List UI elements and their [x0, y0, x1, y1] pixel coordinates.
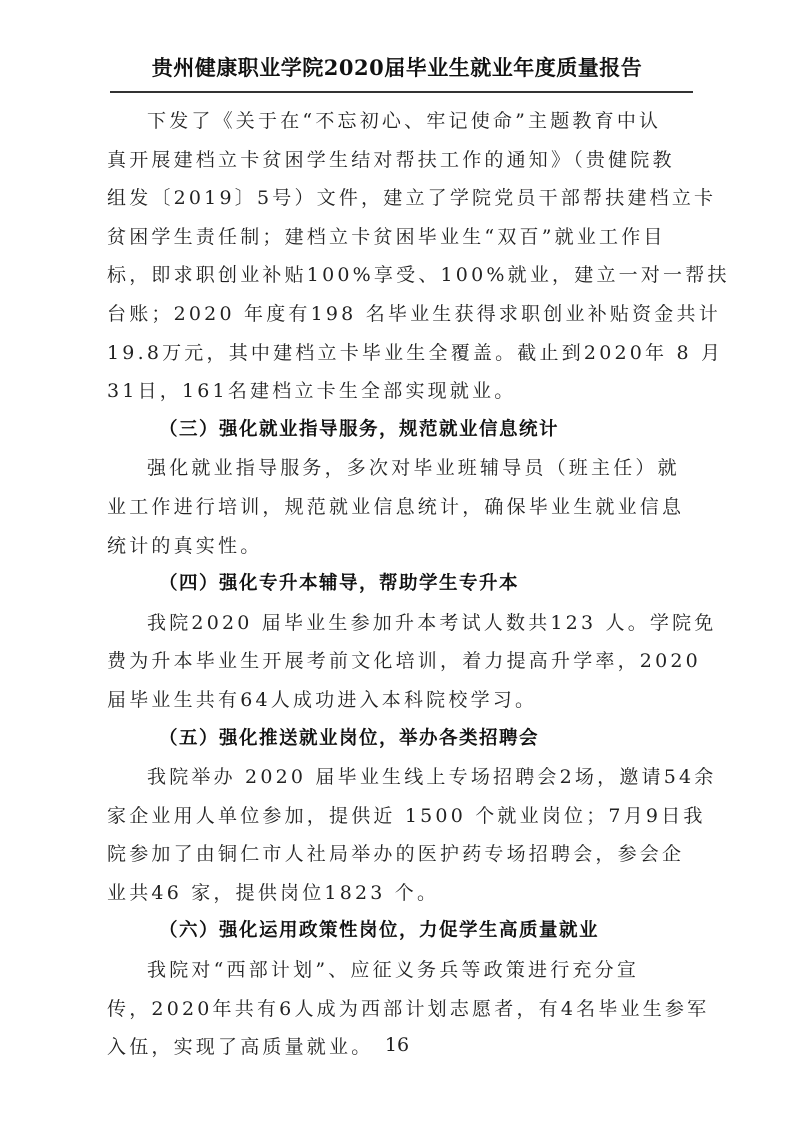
paragraph-line: 家企业用人单位参加，提供近 1500 个就业岗位；7月9日我	[107, 797, 687, 836]
section-heading-4: （四）强化专升本辅导，帮助学生专升本	[107, 565, 687, 604]
paragraph-line: 费为升本毕业生开展考前文化培训，着力提高升学率，2020	[107, 642, 687, 681]
paragraph-line: 我院2020 届毕业生参加升本考试人数共123 人。学院免	[107, 604, 687, 643]
paragraph-line: 标，即求职创业补贴100%享受、100%就业，建立一对一帮扶	[107, 256, 687, 295]
report-title: 贵州健康职业学院2020届毕业生就业年度质量报告	[0, 52, 794, 82]
paragraph-line: 下发了《关于在“不忘初心、牢记使命”主题教育中认	[107, 102, 687, 141]
paragraph-line: 届毕业生共有64人成功进入本科院校学习。	[107, 681, 687, 720]
paragraph-line: 组发〔2019〕5号）文件，建立了学院党员干部帮扶建档立卡	[107, 179, 687, 218]
page-number: 16	[0, 1034, 794, 1056]
paragraph-line: 贫困学生责任制；建档立卡贫困毕业生“双百”就业工作目	[107, 218, 687, 257]
paragraph-line: 传，2020年共有6人成为西部计划志愿者，有4名毕业生参军	[107, 990, 687, 1029]
paragraph-line: 我院举办 2020 届毕业生线上专场招聘会2场，邀请54余	[107, 758, 687, 797]
paragraph-line: 强化就业指导服务，多次对毕业班辅导员（班主任）就	[107, 449, 687, 488]
paragraph-line: 31日，161名建档立卡生全部实现就业。	[107, 372, 687, 411]
paragraph-line: 业共46 家，提供岗位1823 个。	[107, 874, 687, 913]
paragraph-line: 业工作进行培训，规范就业信息统计，确保毕业生就业信息	[107, 488, 687, 527]
paragraph-line: 院参加了由铜仁市人社局举办的医护药专场招聘会，参会企	[107, 835, 687, 874]
section-heading-5: （五）强化推送就业岗位，举办各类招聘会	[107, 720, 687, 759]
paragraph-line: 真开展建档立卡贫困学生结对帮扶工作的通知》（贵健院教	[107, 141, 687, 180]
paragraph-line: 统计的真实性。	[107, 527, 687, 566]
paragraph-line: 台账；2020 年度有198 名毕业生获得求职创业补贴资金共计	[107, 295, 687, 334]
paragraph-line: 19.8万元，其中建档立卡毕业生全覆盖。截止到2020年 8 月	[107, 334, 687, 373]
paragraph-line: 我院对“西部计划”、应征义务兵等政策进行充分宣	[107, 951, 687, 990]
header-divider	[110, 91, 693, 93]
section-heading-6: （六）强化运用政策性岗位，力促学生高质量就业	[107, 912, 687, 951]
document-body: 下发了《关于在“不忘初心、牢记使命”主题教育中认 真开展建档立卡贫困学生结对帮扶…	[107, 102, 687, 1067]
section-heading-3: （三）强化就业指导服务，规范就业信息统计	[107, 411, 687, 450]
